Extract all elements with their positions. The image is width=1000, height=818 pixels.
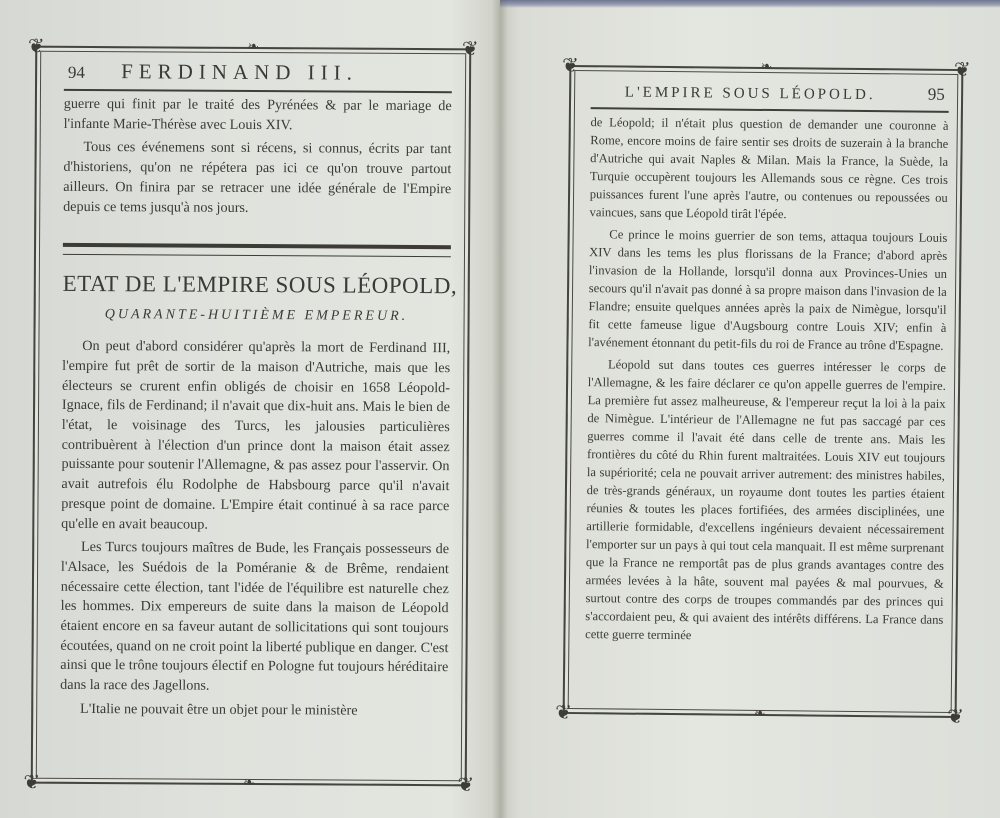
running-head: L'EMPIRE SOUS LÉOPOLD. 95 xyxy=(591,81,949,113)
corner-ornament-icon: ❦ xyxy=(559,55,581,77)
page-number: 95 xyxy=(928,85,945,105)
right-page: L'EMPIRE SOUS LÉOPOLD. 95 de Léopold; il… xyxy=(585,81,949,647)
running-head-title: L'EMPIRE SOUS LÉOPOLD. xyxy=(625,84,876,104)
book-gutter xyxy=(492,0,508,818)
corner-ornament-icon: ❦ xyxy=(553,702,575,724)
paragraph: de Léopold; il n'était plus question de … xyxy=(589,113,948,225)
section-subtitle: QUARANTE-HUITIÈME EMPEREUR. xyxy=(62,307,450,325)
corner-ornament-icon: ❦ xyxy=(21,772,43,794)
section-title: ETAT DE L'EMPIRE SOUS LÉOPOLD, xyxy=(63,271,451,299)
middle-ornament-icon: ❧ xyxy=(755,57,777,79)
paragraph: Ce prince le moins guerrier de son tems,… xyxy=(588,225,947,355)
middle-ornament-icon: ❧ xyxy=(748,704,770,726)
middle-ornament-icon: ❧ xyxy=(242,37,264,59)
corner-ornament-icon: ❦ xyxy=(25,36,47,58)
middle-ornament-icon: ❧ xyxy=(238,773,260,795)
paragraph: Tous ces événemens sont si récens, si co… xyxy=(63,138,451,219)
paragraph: On peut d'abord considérer qu'après la m… xyxy=(61,337,450,536)
paragraph: L'Italie ne pouvait être un objet pour l… xyxy=(60,700,448,722)
running-head: 94 FERDINAND III. xyxy=(64,59,452,93)
corner-ornament-icon: ❦ xyxy=(944,706,966,728)
corner-ornament-icon: ❦ xyxy=(459,38,481,60)
paragraph: guerre qui finit par le traité des Pyrén… xyxy=(64,95,452,137)
page-number: 94 xyxy=(68,63,85,83)
book-cover-edge xyxy=(500,0,1000,8)
paragraph: Léopold sut dans toutes ces guerres inté… xyxy=(585,355,946,647)
section-divider xyxy=(63,243,451,257)
left-page: 94 FERDINAND III. guerre qui finit par l… xyxy=(60,59,452,722)
corner-ornament-icon: ❦ xyxy=(951,59,973,81)
running-head-title: FERDINAND III. xyxy=(121,59,358,85)
paragraph: Les Turcs toujours maîtres de Bude, les … xyxy=(60,538,449,698)
corner-ornament-icon: ❦ xyxy=(455,774,477,796)
